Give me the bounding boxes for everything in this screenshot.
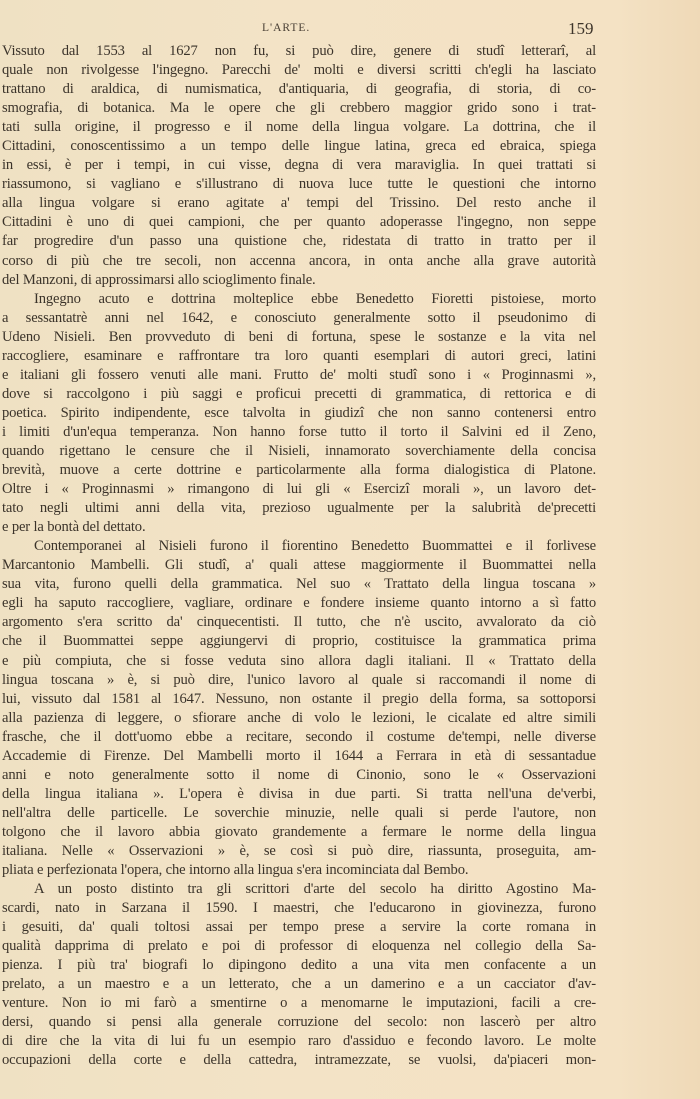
text-line: in essi, è per i tempi, in cui visse, de… [2,156,596,175]
page-number: 159 [568,19,594,39]
text-line: i gesuiti, da' quali toltosi assai per t… [2,918,596,937]
text-line: tati sulla origine, il progresso e il no… [2,118,596,137]
text-line: di dire che la vita di lui fu un esempio… [2,1032,596,1051]
text-line: occupazioni della corte e della cattedra… [2,1051,596,1070]
text-line: prelato, a un maestro e a un letterato, … [2,975,596,994]
text-line: poetica. Spirito indipendente, esce talv… [2,404,596,423]
text-line: argomento s'era scritto da' cinquecentis… [2,613,596,632]
text-line: egli ha saputo raccogliere, vagliare, or… [2,594,596,613]
body-text: Vissuto dal 1553 al 1627 non fu, si può … [2,42,596,1071]
text-line: alla lingua volgare si erano agitate a' … [2,194,596,213]
text-line: Cittadini è uno di quei campioni, che pe… [2,213,596,232]
text-line: del Manzoni, di approssimarsi allo sciog… [2,271,596,290]
text-line: Ingegno acuto e dottrina molteplice ebbe… [2,290,596,309]
text-line: lui, vissuto dal 1581 al 1647. Nessuno, … [2,690,596,709]
text-line: i limiti d'un'equa temperanza. Non hanno… [2,423,596,442]
paragraph-cittadini: Vissuto dal 1553 al 1627 non fu, si può … [2,42,596,290]
text-line: quando rigettano le censure che il Nisie… [2,442,596,461]
text-line: venture. Non io mi farò a smentirne o a … [2,994,596,1013]
text-line: A un posto distinto tra gli scrittori d'… [2,880,596,899]
text-line: Cittadini, conoscentissimo a un tempo de… [2,137,596,156]
text-line: corso di più che tre secoli, non accenna… [2,252,596,271]
book-page: L'ARTE. 159 Vissuto dal 1553 al 1627 non… [0,0,700,1099]
paper-speck [70,1021,72,1023]
text-line: raccogliere, esaminare e raffrontare tra… [2,347,596,366]
text-line: Accademie di Firenze. Del Mambelli morto… [2,747,596,766]
text-line: che il Buommattei seppe aggiungervi di p… [2,632,596,651]
text-line: Oltre i « Proginnasmi » rimangono di lui… [2,480,596,499]
text-line: scardi, nato in Sarzana il 1590. I maest… [2,899,596,918]
paragraph-buommattei-mambelli: Contemporanei al Nisieli furono il fiore… [2,537,596,880]
text-line: a sessantatrè anni nel 1642, e conosciut… [2,309,596,328]
text-line: alla pazienza di leggere, o sfiorare anc… [2,709,596,728]
text-line: quale non rivolgesse l'ingegno. Parecchi… [2,61,596,80]
text-line: tolgono che il lavoro abbia giovato gran… [2,823,596,842]
text-line: far progredire d'un passo una quistione … [2,232,596,251]
text-line: dersi, quando si pensi alla generale cor… [2,1013,596,1032]
text-line: e italiani gli fossero venuti alle mani.… [2,366,596,385]
text-line: riassumono, si vagliano e s'illustrano d… [2,175,596,194]
text-line: frasche, che il dott'uomo ebbe a recitar… [2,728,596,747]
text-line: e più compiuta, che si fosse veduta sino… [2,652,596,671]
text-line: italiana. Nelle « Osservazioni » è, se c… [2,842,596,861]
text-line: Vissuto dal 1553 al 1627 non fu, si può … [2,42,596,61]
text-line: dove si raccolgono i più saggi e proficu… [2,385,596,404]
text-line: brevità, muove a certe dottrine e partic… [2,461,596,480]
paragraph-fioretti: Ingegno acuto e dottrina molteplice ebbe… [2,290,596,538]
text-line: pliata e perfezionata l'opera, che intor… [2,861,596,880]
text-line: qualità dapprima di prelato e poi di pro… [2,937,596,956]
running-head: L'ARTE. 159 [0,22,700,42]
text-line: e per la bontà del dettato. [2,518,596,537]
text-line: Udeno Nisieli. Ben provveduto di beni di… [2,328,596,347]
paragraph-mascardi: A un posto distinto tra gli scrittori d'… [2,880,596,1070]
text-line: della lingua italiana ». L'opera è divis… [2,785,596,804]
text-line: sua vita, furono quelli della grammatica… [2,575,596,594]
text-line: Contemporanei al Nisieli furono il fiore… [2,537,596,556]
text-line: nell'altra delle particelle. Le soverchi… [2,804,596,823]
text-line: tato negli ultimi anni della vita, prezi… [2,499,596,518]
text-line: pienza. I più tra' biografi lo dipingono… [2,956,596,975]
text-line: smografia, di botanica. Ma le opere che … [2,99,596,118]
running-title: L'ARTE. [262,22,310,34]
text-line: anni e noto generalmente sotto il nome d… [2,766,596,785]
text-line: lingua toscana » è, si può dire, l'unico… [2,671,596,690]
text-line: Marcantonio Mambelli. Gli studî, a' qual… [2,556,596,575]
text-line: trattano di araldica, di numismatica, d'… [2,80,596,99]
